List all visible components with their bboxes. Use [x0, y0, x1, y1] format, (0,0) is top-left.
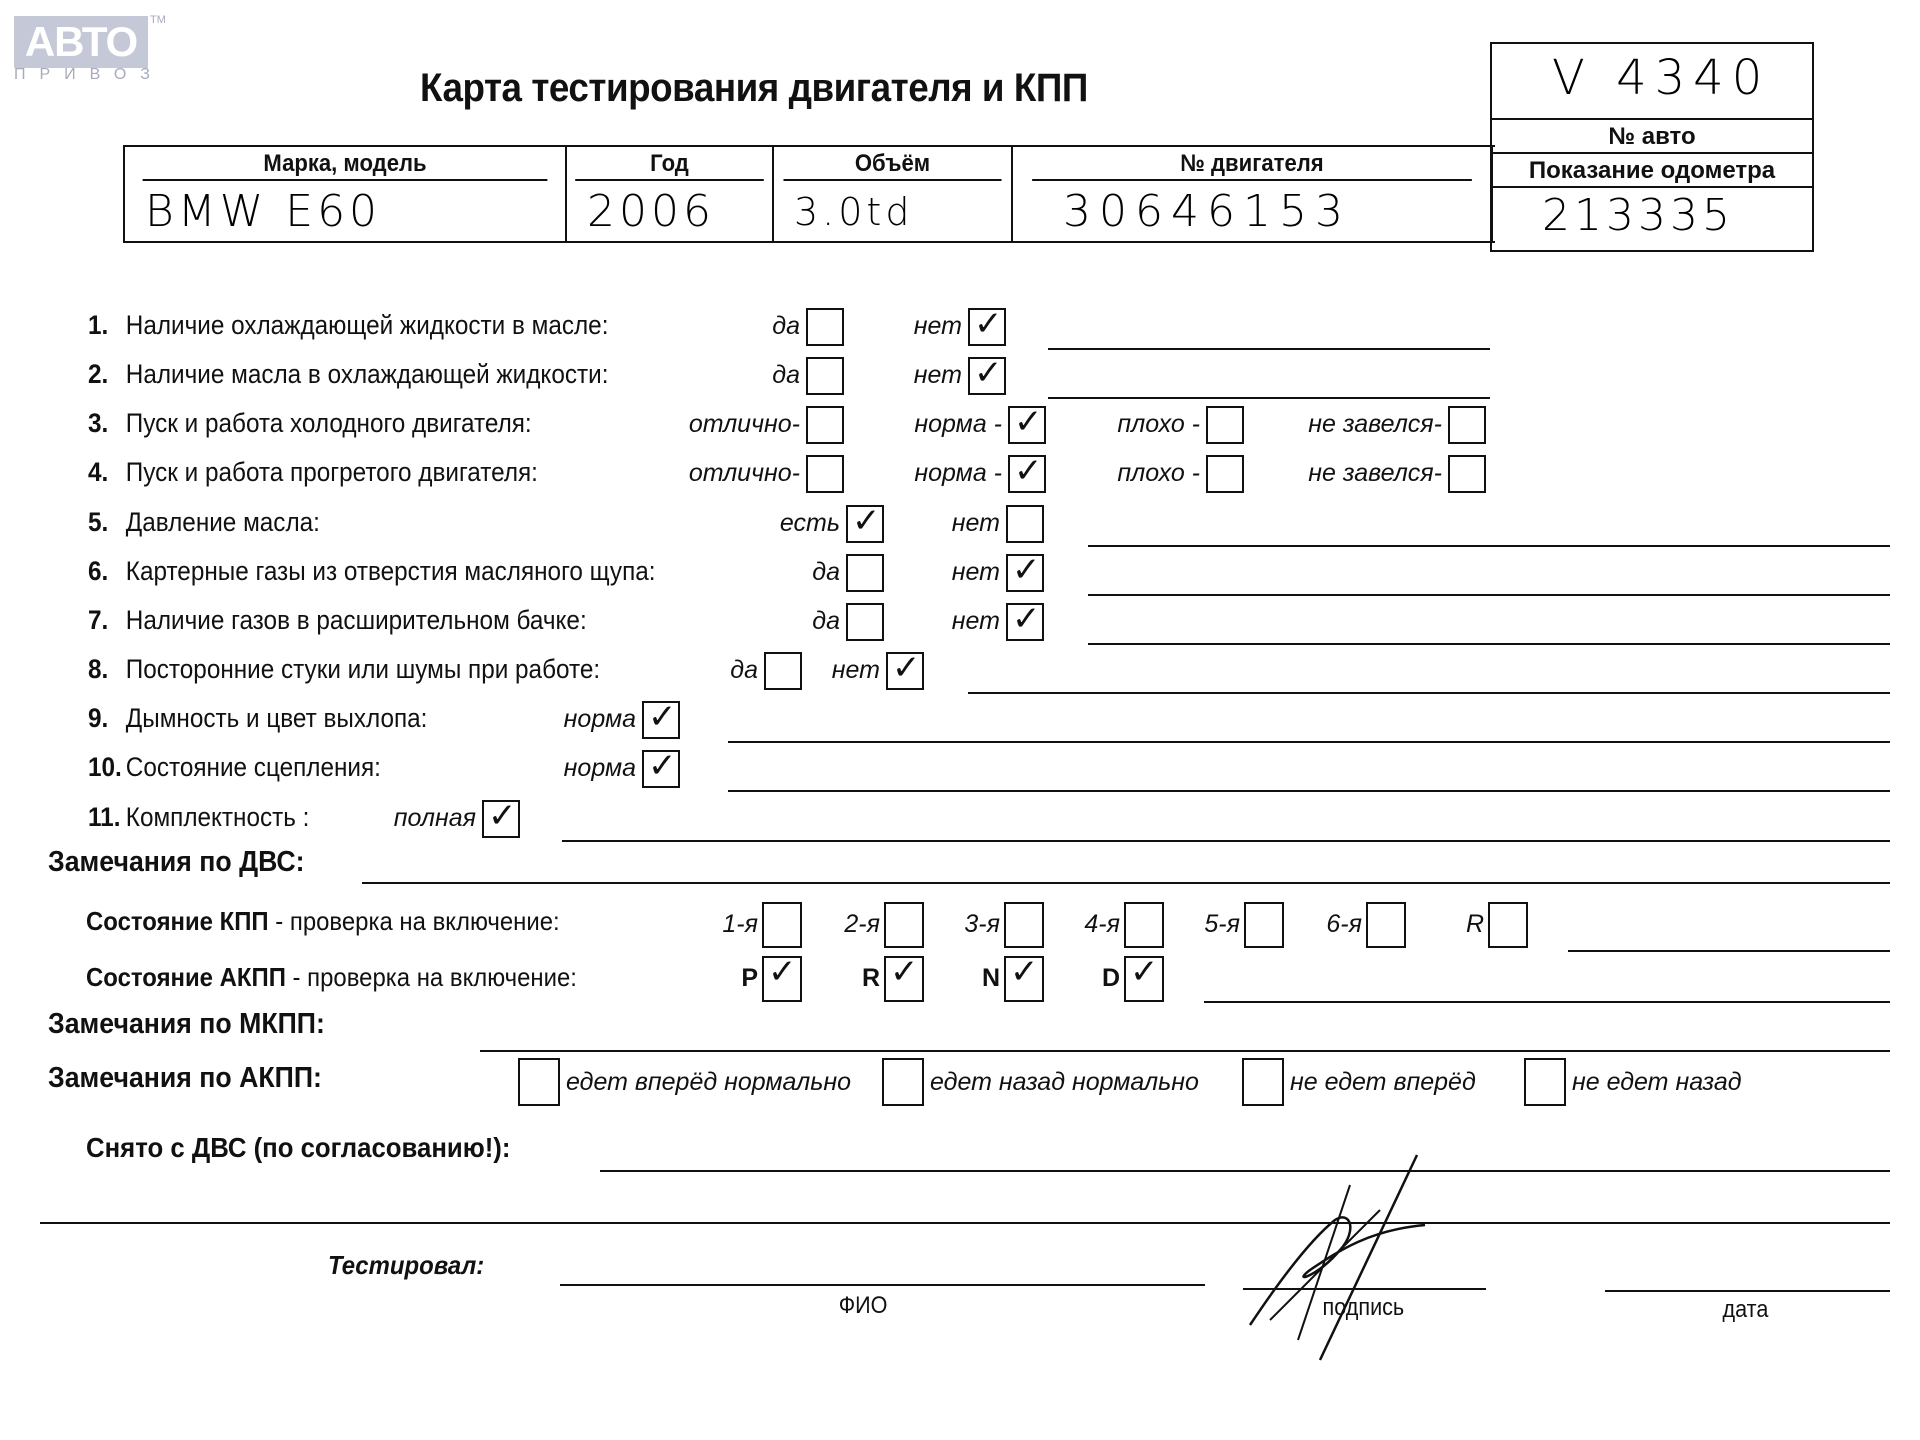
checklist-option-label: отлично-	[689, 410, 800, 439]
auto-position-label: N	[982, 964, 1000, 993]
checklist-item-number: 7.	[88, 605, 126, 636]
engine-number-label: № двигателя	[1032, 147, 1472, 181]
check-mark-icon: ✓	[648, 697, 677, 737]
checklist-checkbox[interactable]: ✓	[1008, 455, 1046, 493]
checklist-checkbox[interactable]: ✓	[968, 357, 1006, 395]
checklist-checkbox[interactable]: ✓	[482, 800, 520, 838]
auto-gearbox-label-bold: Состояние АКПП	[86, 962, 286, 992]
manual-gearbox-notes-field[interactable]	[1568, 950, 1890, 952]
checklist-item: 8.Посторонние стуки или шумы при работе:	[88, 654, 600, 685]
check-mark-icon: ✓	[1012, 550, 1041, 590]
checklist-item: 4.Пуск и работа прогретого двигателя:	[88, 457, 538, 488]
auto-position-checkbox[interactable]: ✓	[762, 956, 802, 1002]
manual-gearbox-label-bold: Состояние КПП	[86, 906, 269, 936]
checklist-checkbox[interactable]: ✓	[642, 750, 680, 788]
gear-checkbox[interactable]	[884, 902, 924, 948]
checklist-checkbox[interactable]: ✓	[642, 701, 680, 739]
auto-gearbox-label-rest: - проверка на включение:	[286, 962, 577, 992]
signature-scribble	[1240, 1150, 1440, 1370]
auto-remarks-checkbox[interactable]	[518, 1058, 560, 1106]
checklist-option-label: да	[812, 558, 840, 587]
checklist-checkbox[interactable]: ✓	[846, 505, 884, 543]
checklist-option-label: нет	[952, 558, 1000, 587]
checklist-checkbox[interactable]	[806, 357, 844, 395]
auto-number-value-row: V 4340	[1492, 44, 1812, 120]
checklist-checkbox[interactable]: ✓	[886, 652, 924, 690]
gear-label: 6-я	[1326, 910, 1362, 939]
tested-by-label: Тестировал:	[328, 1250, 484, 1281]
checklist-option-label: отлично-	[689, 459, 800, 488]
brand-logo-subtitle: ПРИВОЗ	[14, 66, 164, 84]
gear-checkbox[interactable]	[1366, 902, 1406, 948]
checklist-option-label: норма -	[914, 459, 1002, 488]
checklist-checkbox[interactable]	[1448, 455, 1486, 493]
auto-position-checkbox[interactable]: ✓	[1124, 956, 1164, 1002]
gear-checkbox[interactable]	[1004, 902, 1044, 948]
checklist-item-label: Наличие масла в охлаждающей жидкости:	[126, 359, 609, 389]
check-mark-icon: ✓	[892, 648, 921, 688]
check-mark-icon: ✓	[1010, 952, 1039, 992]
auto-position-label: R	[862, 964, 880, 993]
check-mark-icon: ✓	[1014, 402, 1043, 442]
check-mark-icon: ✓	[488, 796, 517, 836]
checklist-item: 5.Давление масла:	[88, 507, 320, 538]
auto-number-label: № авто	[1492, 120, 1812, 154]
check-mark-icon: ✓	[648, 746, 677, 786]
manual-gearbox-label: Состояние КПП - проверка на включение:	[86, 906, 560, 937]
removed-parts-label: Снято с ДВС (по согласованию!):	[86, 1132, 510, 1164]
checklist-item: 11.Комплектность :	[88, 802, 309, 833]
checklist-checkbox[interactable]	[806, 308, 844, 346]
brand-logo-tm: TM	[150, 14, 166, 26]
checklist-checkbox[interactable]: ✓	[968, 308, 1006, 346]
auto-remarks-checkbox[interactable]	[882, 1058, 924, 1106]
checklist-item-label: Дымность и цвет выхлопа:	[126, 703, 428, 733]
check-mark-icon: ✓	[974, 304, 1003, 344]
checklist-checkbox[interactable]	[764, 652, 802, 690]
gear-label: 2-я	[844, 910, 880, 939]
auto-number-odometer-box: V 4340 № авто Показание одометра 213335	[1490, 42, 1814, 252]
auto-remarks-option-label: не едет назад	[1572, 1068, 1742, 1097]
checklist-item-label: Посторонние стуки или шумы при работе:	[126, 654, 600, 684]
checklist-item: 2.Наличие масла в охлаждающей жидкости:	[88, 359, 608, 390]
gear-label: 4-я	[1084, 910, 1120, 939]
checklist-notes-field[interactable]	[968, 692, 1890, 694]
checklist-notes-field[interactable]	[1088, 594, 1890, 596]
page-title: Карта тестирования двигателя и КПП	[420, 66, 1088, 111]
check-mark-icon: ✓	[852, 501, 881, 541]
checklist-item-number: 1.	[88, 310, 126, 341]
removed-parts-field-line2[interactable]	[40, 1222, 1890, 1224]
auto-remarks-option-label: едет назад нормально	[930, 1068, 1199, 1097]
gear-label: R	[1466, 910, 1484, 939]
checklist-item-number: 9.	[88, 703, 126, 734]
year-label: Год	[575, 147, 764, 181]
checklist-option-label: плохо -	[1117, 410, 1200, 439]
checklist-checkbox[interactable]	[846, 603, 884, 641]
check-mark-icon: ✓	[974, 353, 1003, 393]
date-field[interactable]	[1605, 1290, 1890, 1292]
checklist-item-number: 10.	[88, 752, 126, 783]
make-model-label: Марка, модель	[143, 147, 548, 181]
checklist-notes-field[interactable]	[728, 790, 1890, 792]
checklist-option-label: плохо -	[1117, 459, 1200, 488]
engine-number-value[interactable]: 30646153	[1063, 185, 1351, 239]
checklist-item: 9.Дымность и цвет выхлопа:	[88, 703, 427, 734]
checklist-checkbox[interactable]	[1206, 455, 1244, 493]
checklist-item-label: Наличие охлаждающей жидкости в масле:	[126, 310, 609, 340]
tester-name-caption: ФИО	[839, 1292, 888, 1320]
checklist-notes-field[interactable]	[1088, 545, 1890, 547]
date-caption: дата	[1723, 1296, 1769, 1324]
checklist-option-label: да	[730, 656, 758, 685]
checklist-option-label: нет	[952, 607, 1000, 636]
checklist-option-label: норма	[564, 705, 636, 734]
checklist-option-label: нет	[914, 361, 962, 390]
checklist-option-label: норма	[564, 754, 636, 783]
checklist-item-label: Пуск и работа холодного двигателя:	[126, 408, 532, 438]
check-mark-icon: ✓	[768, 952, 797, 992]
make-model-cell: Марка, модель BMW E60	[125, 147, 567, 241]
gear-label: 3-я	[964, 910, 1000, 939]
checklist-checkbox[interactable]	[1206, 406, 1244, 444]
checklist-item-number: 3.	[88, 408, 126, 439]
gear-checkbox[interactable]	[1488, 902, 1528, 948]
gear-checkbox[interactable]	[1244, 902, 1284, 948]
brand-logo: АВТО	[14, 16, 148, 68]
checklist-item: 3.Пуск и работа холодного двигателя:	[88, 408, 532, 439]
auto-position-label: D	[1102, 964, 1120, 993]
checklist-checkbox[interactable]	[1006, 505, 1044, 543]
checklist-item-number: 8.	[88, 654, 126, 685]
auto-number-value[interactable]: V 4340	[1552, 50, 1770, 106]
manual-remarks-label: Замечания по МКПП:	[48, 1008, 325, 1041]
volume-label: Объём	[783, 147, 1001, 181]
checklist-checkbox[interactable]	[1448, 406, 1486, 444]
checklist-option-label: да	[772, 312, 800, 341]
checklist-item-number: 5.	[88, 507, 126, 538]
auto-gearbox-label: Состояние АКПП - проверка на включение:	[86, 962, 577, 993]
vehicle-info-table: Марка, модель BMW E60 Год 2006 Объём 3.0…	[123, 145, 1495, 243]
checklist-option-label: полная	[394, 804, 476, 833]
tester-name-field[interactable]	[560, 1284, 1205, 1286]
gear-label: 1-я	[722, 910, 758, 939]
checklist-item-label: Состояние сцепления:	[126, 752, 381, 782]
checklist-notes-field[interactable]	[728, 741, 1890, 743]
odometer-value[interactable]: 213335	[1542, 190, 1734, 241]
checklist-item-label: Комплектность :	[126, 802, 310, 832]
check-mark-icon: ✓	[1014, 451, 1043, 491]
checklist-checkbox[interactable]	[806, 455, 844, 493]
auto-position-checkbox[interactable]: ✓	[1004, 956, 1044, 1002]
checklist-option-label: да	[772, 361, 800, 390]
checklist-item: 6.Картерные газы из отверстия масляного …	[88, 556, 656, 587]
volume-value[interactable]: 3.0td	[794, 185, 913, 239]
auto-remarks-checkbox[interactable]	[1242, 1058, 1284, 1106]
year-cell: Год 2006	[567, 147, 774, 241]
check-mark-icon: ✓	[1130, 952, 1159, 992]
checklist-item-number: 2.	[88, 359, 126, 390]
gear-checkbox[interactable]	[762, 902, 802, 948]
checklist-item: 10.Состояние сцепления:	[88, 752, 381, 783]
checklist-option-label: норма -	[914, 410, 1002, 439]
checklist-option-label: есть	[780, 509, 840, 538]
check-mark-icon: ✓	[890, 952, 919, 992]
checklist-option-label: нет	[914, 312, 962, 341]
checklist-notes-field[interactable]	[1048, 348, 1490, 350]
manual-gearbox-label-rest: - проверка на включение:	[269, 906, 560, 936]
auto-remarks-option-label: не едет вперёд	[1290, 1068, 1476, 1097]
checklist-option-label: нет	[832, 656, 880, 685]
odometer-label: Показание одометра	[1492, 154, 1812, 188]
checklist-checkbox[interactable]	[806, 406, 844, 444]
auto-remarks-checkbox[interactable]	[1524, 1058, 1566, 1106]
checklist-checkbox[interactable]: ✓	[1006, 554, 1044, 592]
checklist-item: 7.Наличие газов в расширительном бачке:	[88, 605, 587, 636]
volume-cell: Объём 3.0td	[774, 147, 1013, 241]
checklist-notes-field[interactable]	[562, 840, 1890, 842]
engine-remarks-field[interactable]	[362, 882, 1890, 884]
gear-label: 5-я	[1204, 910, 1240, 939]
checklist-checkbox[interactable]	[846, 554, 884, 592]
checklist-notes-field[interactable]	[1088, 643, 1890, 645]
checklist-item-number: 6.	[88, 556, 126, 587]
make-model-value[interactable]: BMW E60	[145, 185, 381, 239]
engine-number-cell: № двигателя 30646153	[1013, 147, 1493, 241]
auto-remarks-label: Замечания по АКПП:	[48, 1062, 322, 1095]
checklist-item: 1.Наличие охлаждающей жидкости в масле:	[88, 310, 608, 341]
checklist-item-number: 4.	[88, 457, 126, 488]
checklist-checkbox[interactable]: ✓	[1006, 603, 1044, 641]
engine-remarks-label: Замечания по ДВС:	[48, 846, 305, 879]
year-value[interactable]: 2006	[587, 185, 715, 239]
auto-remarks-option-label: едет вперёд нормально	[566, 1068, 851, 1097]
checklist-option-label: не завелся-	[1308, 410, 1442, 439]
checklist-item-label: Пуск и работа прогретого двигателя:	[126, 457, 538, 487]
checklist-item-label: Картерные газы из отверстия масляного щу…	[126, 556, 656, 586]
checklist-option-label: да	[812, 607, 840, 636]
manual-remarks-field[interactable]	[480, 1050, 1890, 1052]
auto-gearbox-notes-field[interactable]	[1204, 1001, 1890, 1003]
checklist-option-label: нет	[952, 509, 1000, 538]
checklist-item-number: 11.	[88, 802, 126, 833]
check-mark-icon: ✓	[1012, 599, 1041, 639]
auto-position-checkbox[interactable]: ✓	[884, 956, 924, 1002]
checklist-option-label: не завелся-	[1308, 459, 1442, 488]
checklist-notes-field[interactable]	[1048, 397, 1490, 399]
gear-checkbox[interactable]	[1124, 902, 1164, 948]
auto-position-label: P	[741, 964, 758, 993]
checklist-checkbox[interactable]: ✓	[1008, 406, 1046, 444]
checklist-item-label: Давление масла:	[126, 507, 320, 537]
checklist-item-label: Наличие газов в расширительном бачке:	[126, 605, 587, 635]
